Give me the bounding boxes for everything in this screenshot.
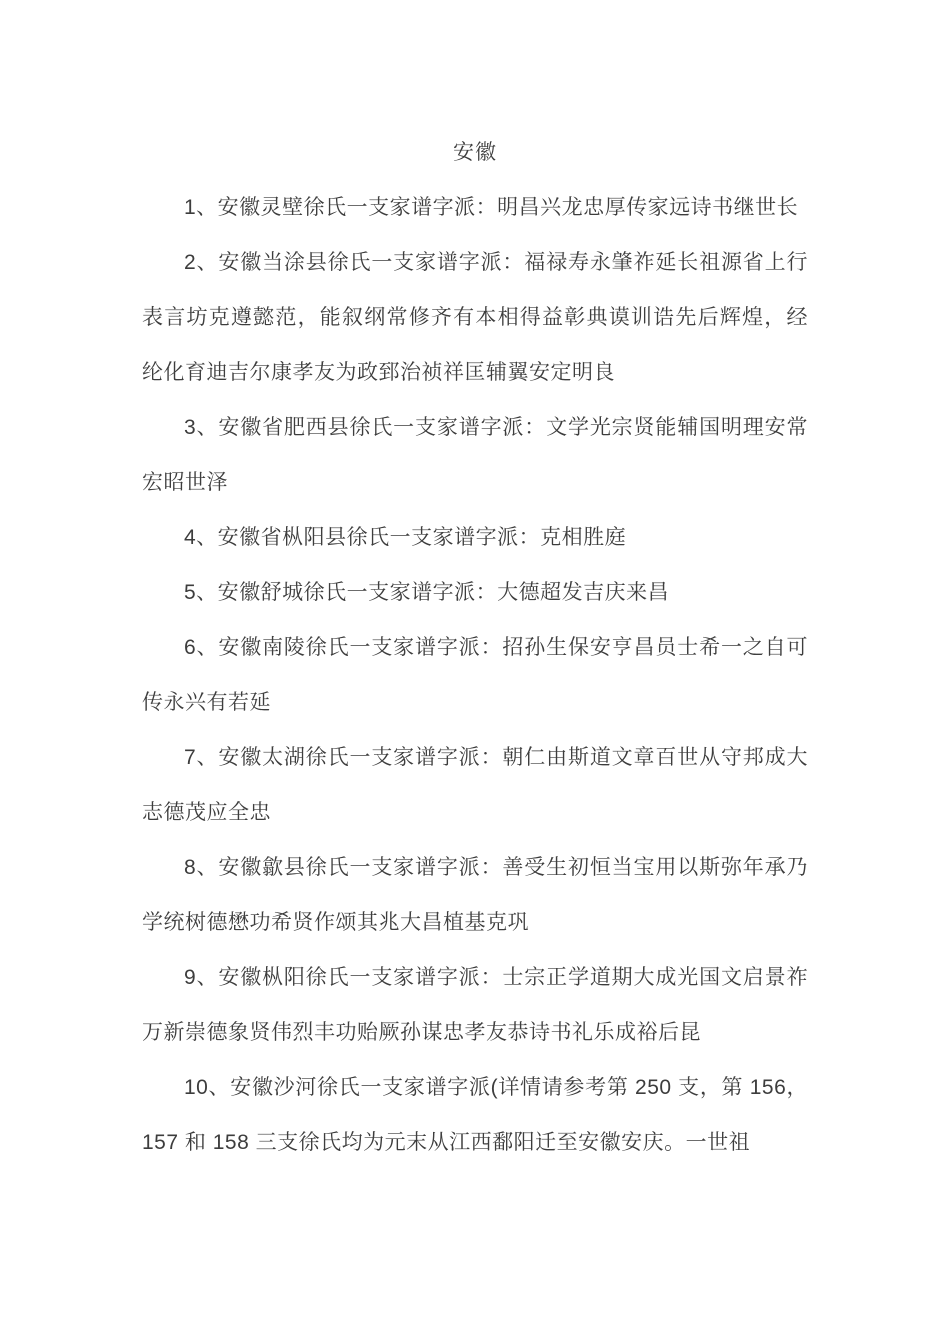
page-title: 安徽: [142, 125, 808, 180]
genealogy-item-7: 7、安徽太湖徐氏一支家谱字派：朝仁由斯道文章百世从守邦成大志德茂应全忠: [142, 730, 808, 840]
genealogy-item-3: 3、安徽省肥西县徐氏一支家谱字派：文学光宗贤能辅国明理安常宏昭世泽: [142, 400, 808, 510]
genealogy-item-10: 10、安徽沙河徐氏一支家谱字派(详情请参考第 250 支，第 156，157 和…: [142, 1060, 808, 1170]
document-page: 安徽 1、安徽灵壁徐氏一支家谱字派：明昌兴龙忠厚传家远诗书继世长 2、安徽当涂县…: [0, 0, 950, 1344]
genealogy-item-9: 9、安徽枞阳徐氏一支家谱字派：士宗正学道期大成光国文启景祚万新崇德象贤伟烈丰功贻…: [142, 950, 808, 1060]
genealogy-item-5: 5、安徽舒城徐氏一支家谱字派：大德超发吉庆来昌: [142, 565, 808, 620]
genealogy-item-4: 4、安徽省枞阳县徐氏一支家谱字派：克相胜庭: [142, 510, 808, 565]
genealogy-item-6: 6、安徽南陵徐氏一支家谱字派：招孙生保安亨昌员士希一之自可传永兴有若延: [142, 620, 808, 730]
genealogy-item-1: 1、安徽灵壁徐氏一支家谱字派：明昌兴龙忠厚传家远诗书继世长: [142, 180, 808, 235]
genealogy-item-2: 2、安徽当涂县徐氏一支家谱字派：福禄寿永肇祚延长祖源省上行表言坊克遵懿范，能叙纲…: [142, 235, 808, 400]
genealogy-item-8: 8、安徽歙县徐氏一支家谱字派：善受生初恒当宝用以斯弥年承乃学统树德懋功希贤作颂其…: [142, 840, 808, 950]
